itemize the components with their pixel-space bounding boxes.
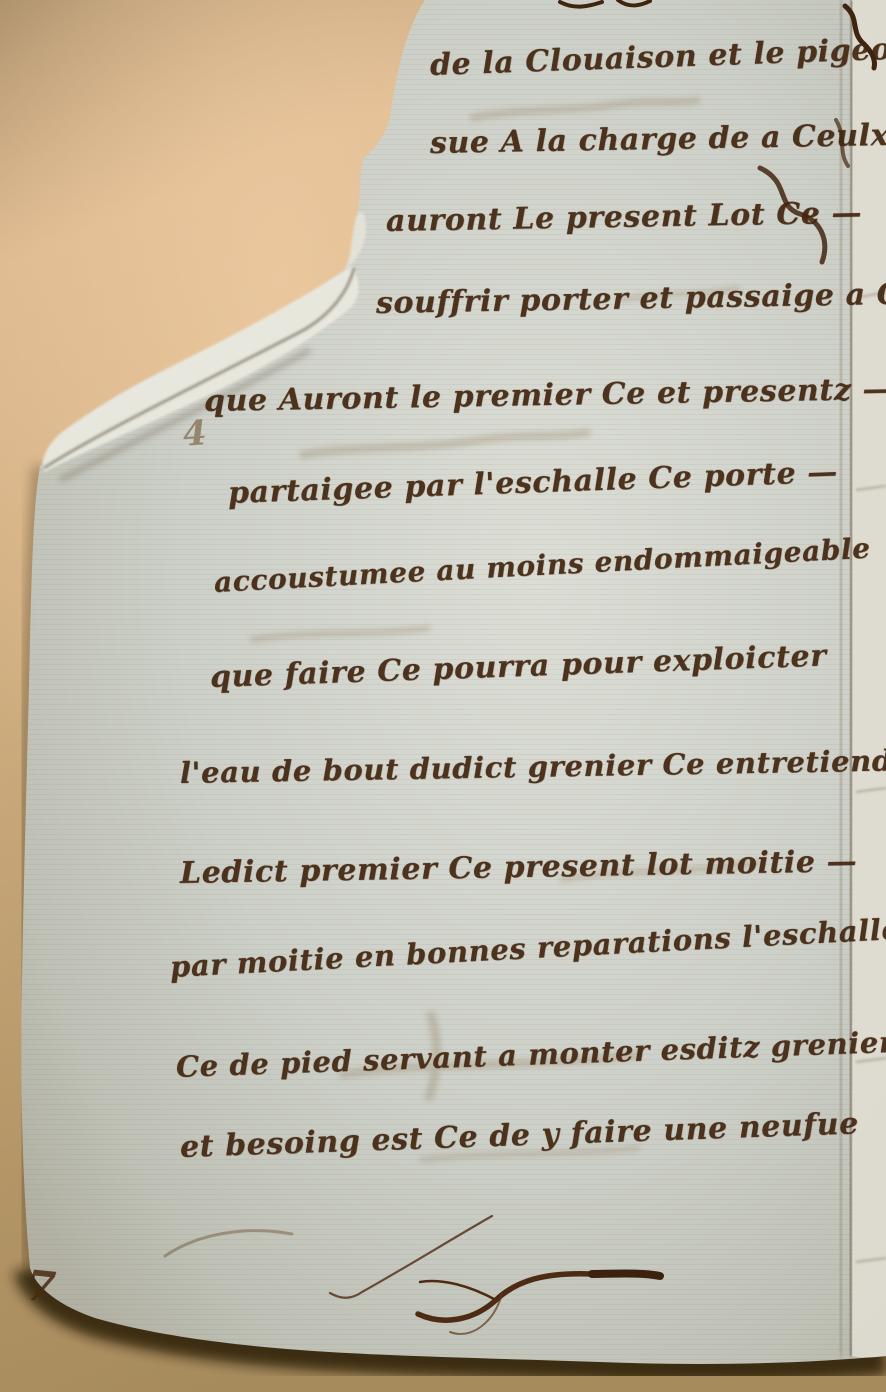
- manuscript-artwork: [0, 0, 886, 1392]
- folio-number: 7: [24, 1261, 58, 1313]
- manuscript-photo: de la Clouaison et le pigeonniersue A la…: [0, 0, 886, 1392]
- margin-numeral: 4: [182, 413, 208, 455]
